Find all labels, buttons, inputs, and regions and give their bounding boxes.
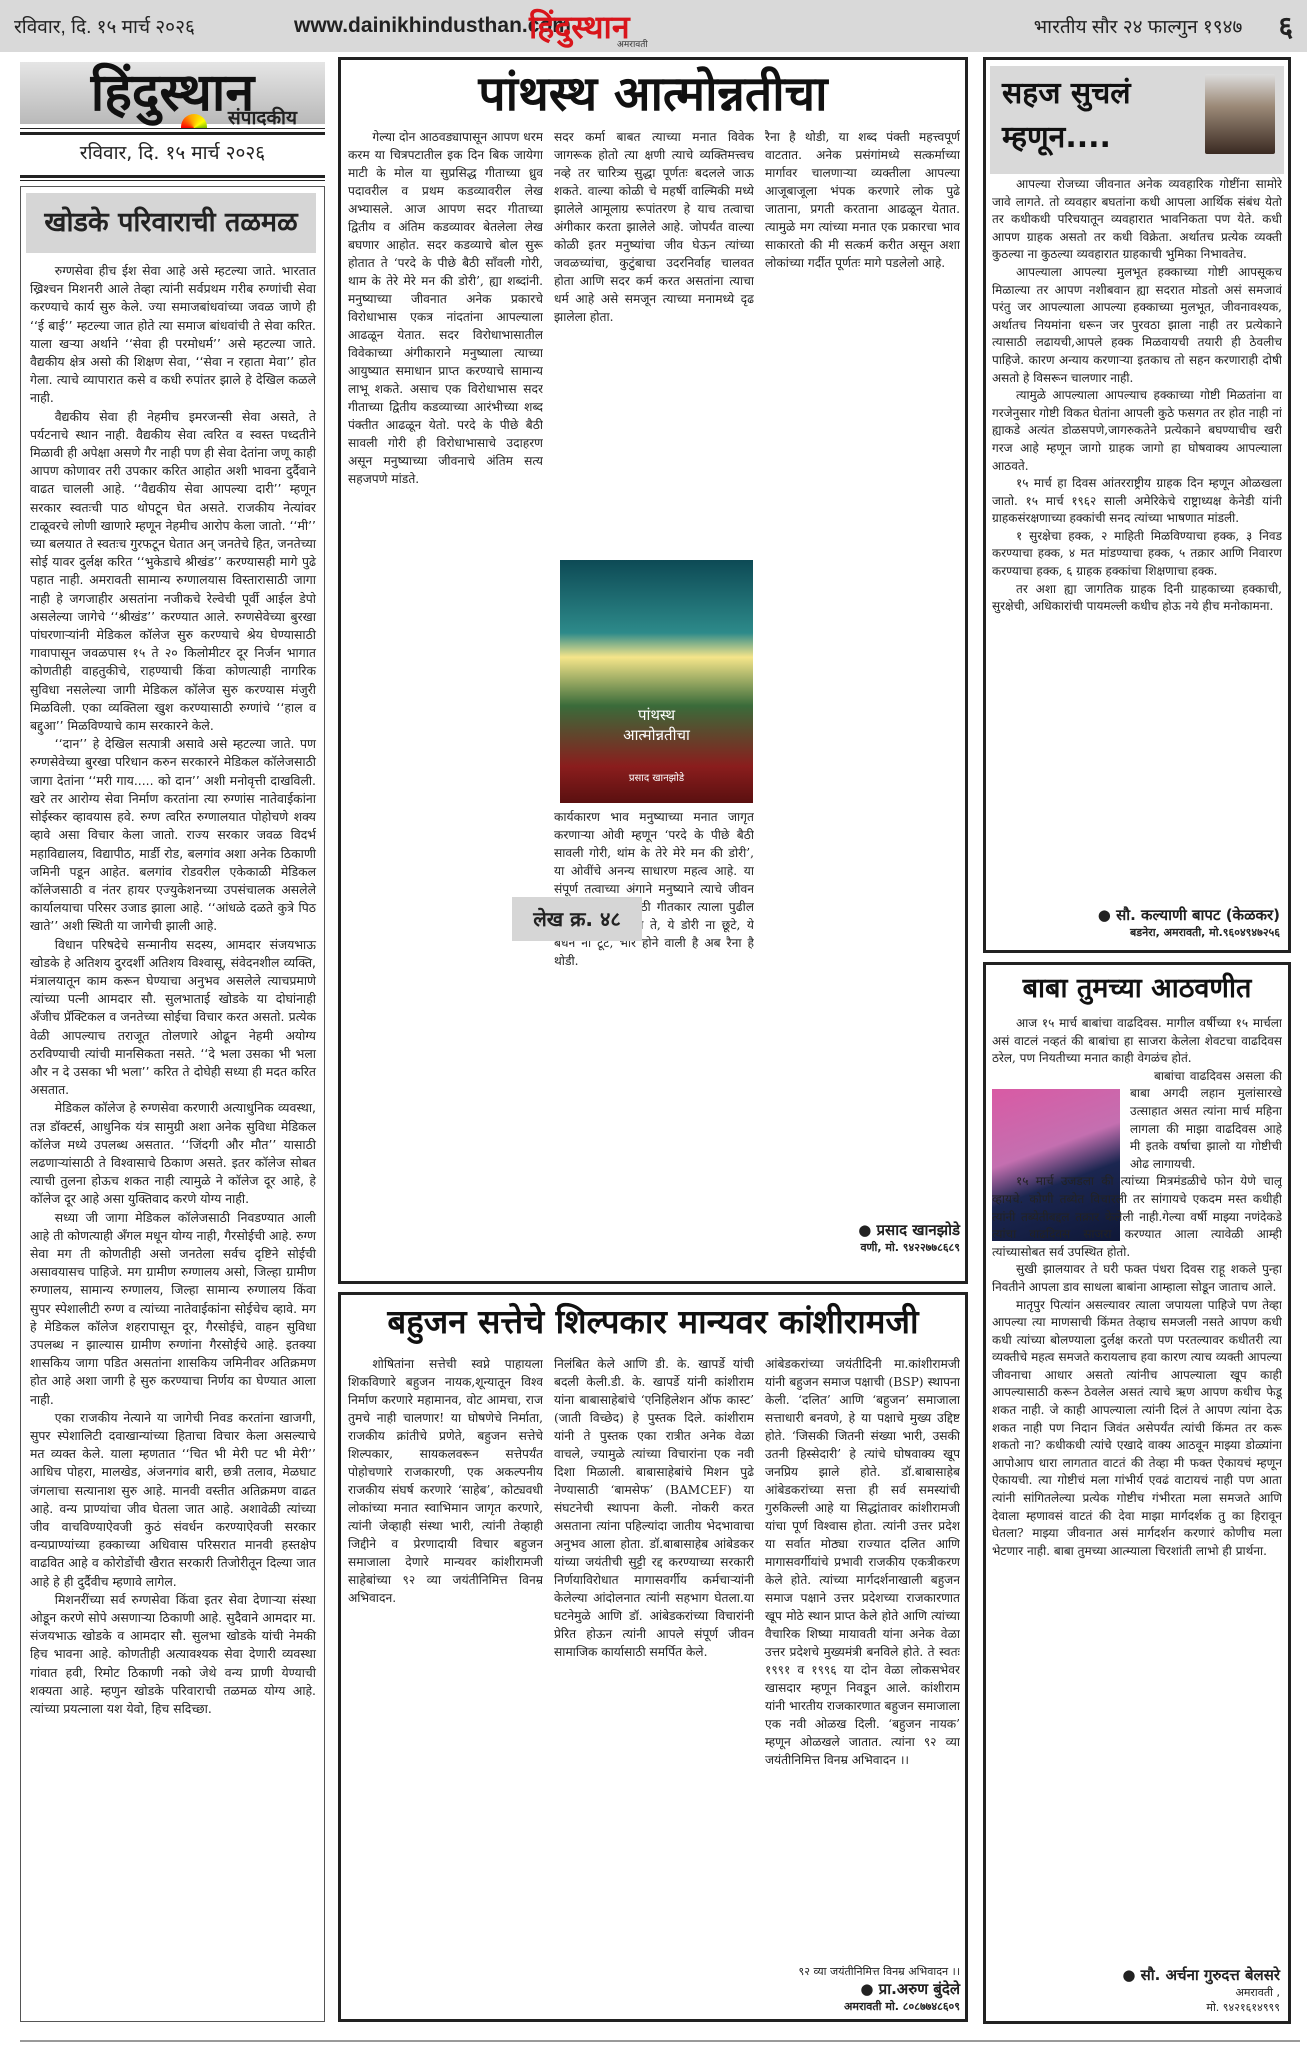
divider (20, 128, 325, 129)
article-column-3: रैना है थोडी, या शब्द पंक्ती महत्त्वपूर्… (765, 128, 960, 1188)
bullet-icon: ● (860, 1980, 878, 1998)
article-column-3: आंबेडकरांच्या जयंतीदिनी मा.कांशीरामजी या… (765, 1355, 960, 1960)
article-title: पांथस्थ आत्मोन्नतीचा (345, 62, 961, 126)
bullet-icon: ● (858, 1221, 876, 1239)
article-number-badge: लेख क्र. ४८ (512, 897, 642, 941)
column-byline: ● सौ. कल्याणी बापट (केळकर) बडनेरा, अमराव… (990, 905, 1280, 940)
author-photo (1205, 74, 1275, 154)
website-link[interactable]: www.dainikhindusthan.com (294, 14, 529, 38)
editorial-label: संपादकीय (228, 104, 297, 130)
column-title: बाबा तुमच्या आठवणीत (990, 966, 1284, 1012)
column-body: आज १५ मार्च बाबांचा वाढदिवस. मागील वर्षी… (992, 1015, 1282, 1965)
bullet-icon: ● (1122, 1966, 1140, 1984)
brand-city: अमरावती (617, 37, 648, 50)
bullet-icon: ● (1098, 906, 1116, 924)
page-number: ६ (1278, 7, 1293, 45)
book-title: पांथस्थआत्मोन्नतीचा (560, 705, 753, 745)
article-column-2: सदर कर्मा बाबत त्याच्या मनात विवेक जागरू… (554, 128, 754, 553)
editorial-body: रुग्णसेवा हीच ईश सेवा आहे असे म्हटल्या ज… (30, 262, 316, 1718)
article-title: बहुजन सत्तेचे शिल्पकार मान्यवर कांशीरामज… (345, 1297, 961, 1347)
article-column-1: शोषितांना सत्तेची स्वप्ने पाहायला शिकविण… (348, 1355, 543, 1965)
divider (20, 175, 325, 178)
page-bottom-rule (20, 2040, 1300, 2042)
editorial-logo: हिंदुस्थान संपादकीय (20, 62, 325, 124)
brand-logo: हिंदुस्थानअमरावती (529, 5, 649, 48)
column-body: आपल्या रोजच्या जीवनात अनेक व्यवहारिक गोष… (992, 176, 1282, 856)
column-byline: ● सौ. अर्चना गुरुदत्त बेलसरे अमरावती , म… (990, 1965, 1280, 2015)
page-header-bar: रविवार, दि. १५ मार्च २०२६ www.dainikhind… (0, 0, 1307, 52)
saur-date: भारतीय सौर २४ फाल्गुन १९४७ (1034, 13, 1243, 39)
divider (20, 180, 325, 181)
article-column-1: गेल्या दोन आठवड्यापासून आपण धरम करम या च… (348, 128, 543, 1278)
book-author: प्रसाद खानझोडे (560, 770, 753, 784)
article-column-2: निलंबित केले आणि डी. के. खापर्डे यांची ब… (554, 1355, 754, 1995)
editorial-title: खोडके परिवाराची तळमळ (26, 193, 316, 253)
editorial-date: रविवार, दि. १५ मार्च २०२६ (20, 139, 325, 165)
article-byline: ● प्रसाद खानझोडे वणी, मो. ९४२२७७८६८९ (760, 1220, 960, 1255)
book-cover-image: पांथस्थआत्मोन्नतीचा प्रसाद खानझोडे (560, 560, 753, 803)
article-caption-text: कार्यकारण भाव मनुष्याच्या मनात जागृत करण… (554, 808, 754, 1278)
article-byline: ९२ व्या जयंतीनिमित्त विनम्र अभिवादन ।। ●… (760, 1964, 960, 2014)
divider (20, 132, 325, 135)
header-date: रविवार, दि. १५ मार्च २०२६ (14, 13, 294, 39)
